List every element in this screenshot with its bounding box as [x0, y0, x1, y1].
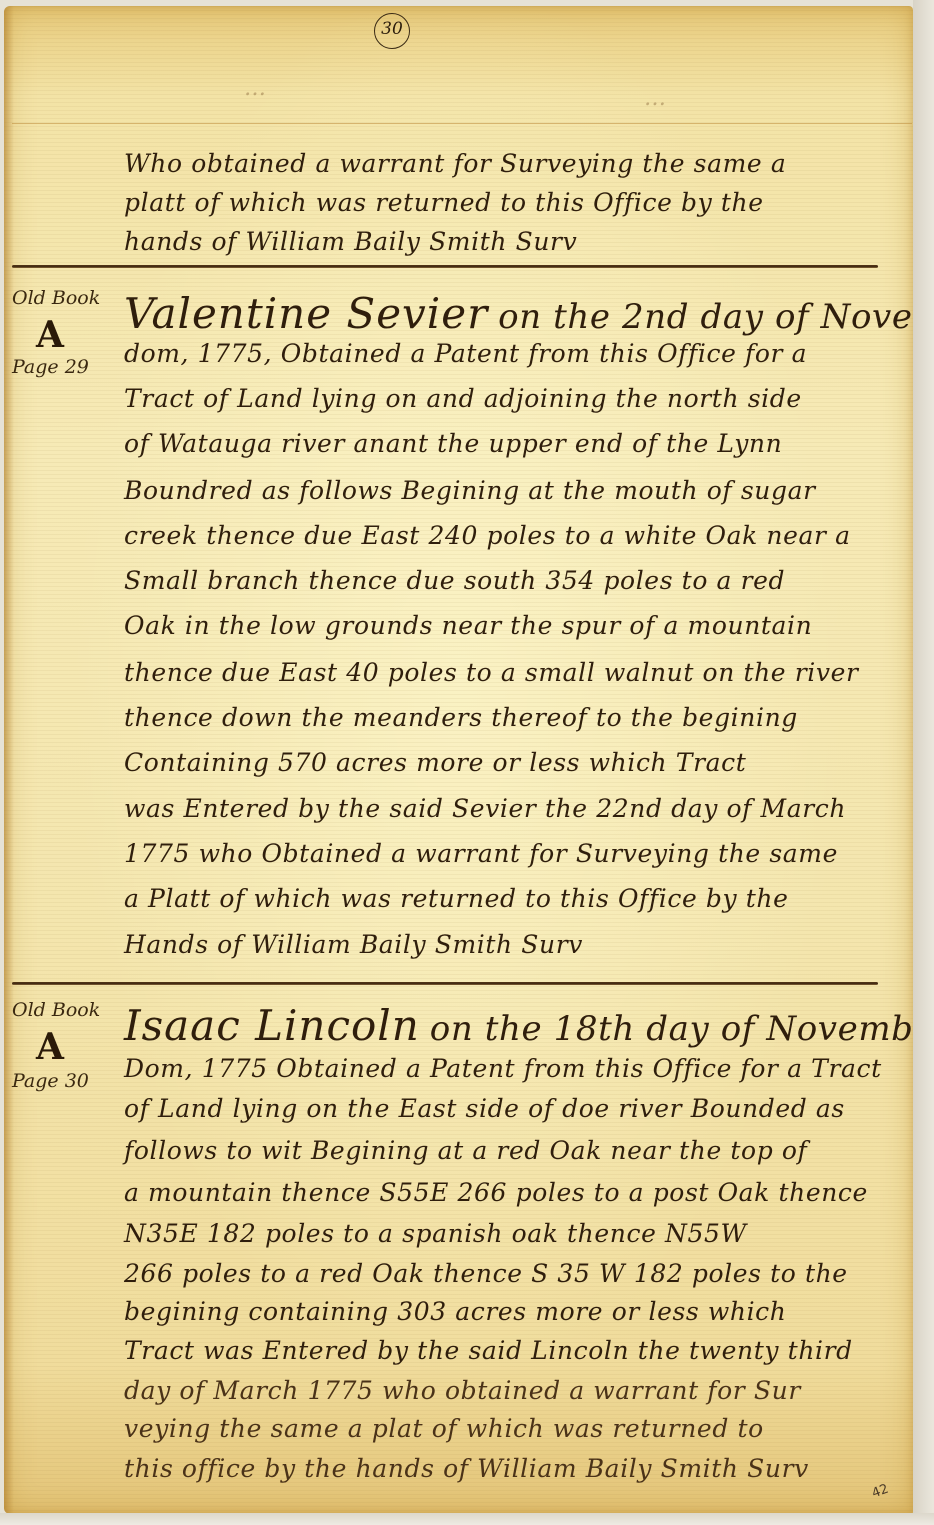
text-line: day of March 1775 who obtained a warrant… [124, 1376, 801, 1405]
text-line: was Entered by the said Sevier the 22nd … [124, 794, 846, 823]
text-line: Hands of William Baily Smith Surv [124, 930, 583, 959]
ink-bleed-through: … [244, 76, 270, 101]
text-line: Containing 570 acres more or less which … [124, 748, 746, 777]
text-line: 266 poles to a red Oak thence S 35 W 182… [124, 1259, 848, 1288]
margin-book-letter: A [36, 314, 64, 356]
text-line: Boundred as follows Begining at the mout… [124, 476, 816, 505]
scan-border-right [913, 0, 934, 1525]
scanned-document: 30 … … Who obtained a warrant for Survey… [0, 0, 934, 1525]
text-line: Who obtained a warrant for Surveying the… [124, 149, 786, 178]
text-line: creek thence due East 240 poles to a whi… [124, 521, 851, 550]
text-line: dom, 1775, Obtained a Patent from this O… [124, 339, 807, 368]
text-line: hands of William Baily Smith Surv [124, 227, 577, 256]
text-line: veying the same a plat of which was retu… [124, 1414, 764, 1443]
text-line: begining containing 303 acres more or le… [124, 1297, 786, 1326]
margin-page-reference: Page 30 [12, 1072, 89, 1091]
text-line: 1775 who Obtained a warrant for Surveyin… [124, 839, 838, 868]
entry-heading-line: Isaac Lincolnon the 18th day of November… [124, 1001, 913, 1050]
text-line: of Land lying on the East side of doe ri… [124, 1094, 845, 1123]
text-line: a Platt of which was returned to this Of… [124, 884, 789, 913]
text-line: N35E 182 poles to a spanish oak thence N… [124, 1219, 747, 1248]
margin-old-book-label: Old Book [12, 1001, 100, 1020]
ink-bleed-through: … [644, 86, 670, 111]
margin-old-book-label: Old Book [12, 289, 100, 308]
text-line: Oak in the low grounds near the spur of … [124, 611, 812, 640]
text-line: a mountain thence S55E 266 poles to a po… [124, 1178, 868, 1207]
heading-text: on the 18th day of November Ano [430, 1009, 913, 1049]
margin-book-letter: A [36, 1026, 64, 1068]
text-line: Dom, 1775 Obtained a Patent from this Of… [124, 1054, 882, 1083]
text-line: Tract was Entered by the said Lincoln th… [124, 1336, 853, 1365]
scan-border-bottom [0, 1513, 934, 1525]
text-line: of Watauga river anant the upper end of … [124, 429, 782, 458]
grantee-name: Valentine Sevier [124, 289, 488, 338]
top-margin-rule [12, 123, 912, 124]
heading-text: on the 2nd day of November Ano [498, 297, 913, 337]
text-line: follows to wit Begining at a red Oak nea… [124, 1136, 807, 1165]
entry-divider-rule [12, 982, 878, 985]
text-line: Small branch thence due south 354 poles … [124, 566, 785, 595]
entry-heading-line: Valentine Sevieron the 2nd day of Novemb… [124, 289, 913, 338]
text-line: thence due East 40 poles to a small waln… [124, 658, 859, 687]
folio-number: 30 [374, 13, 410, 49]
archive-page-number: 42 [870, 1482, 891, 1502]
grantee-name: Isaac Lincoln [124, 1001, 420, 1050]
text-line: Tract of Land lying on and adjoining the… [124, 384, 802, 413]
text-line: platt of which was returned to this Offi… [124, 188, 764, 217]
ledger-page: 30 … … Who obtained a warrant for Survey… [4, 6, 913, 1514]
margin-page-reference: Page 29 [12, 358, 89, 377]
text-line: thence down the meanders thereof to the … [124, 703, 798, 732]
entry-divider-rule [12, 265, 878, 268]
text-line: this office by the hands of William Bail… [124, 1454, 809, 1483]
